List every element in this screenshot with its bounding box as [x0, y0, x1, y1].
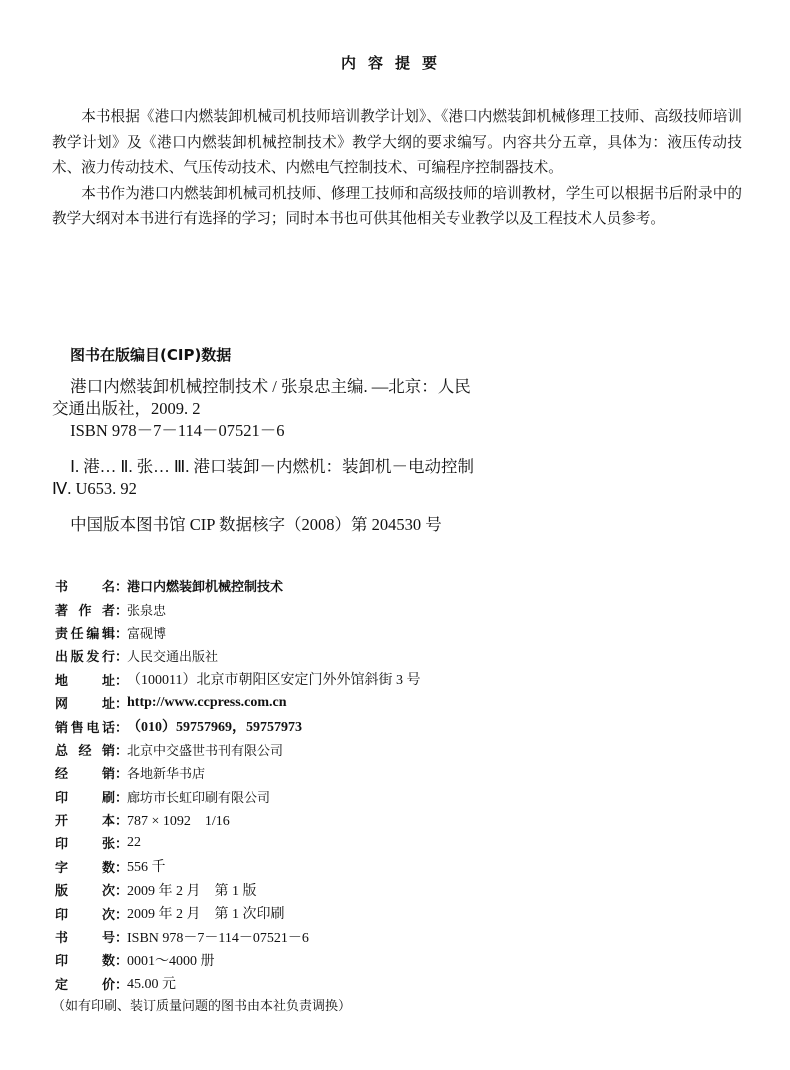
publication-info: 书名：港口内燃装卸机械控制技术著作者：张泉忠责任编辑：富砚博出版发行：人民交通出… [55, 574, 420, 995]
cip-title: 图书在版编目(CIP)数据 [70, 344, 231, 365]
info-colon: ： [115, 763, 127, 782]
info-label: 著作者 [55, 600, 115, 619]
info-colon: ： [115, 904, 127, 923]
replacement-note: （如有印刷、装订质量问题的图书由本社负责调换） [52, 995, 351, 1014]
info-row: 版次：2009 年 2 月 第 1 版 [55, 878, 420, 901]
info-label: 版次 [55, 880, 115, 899]
info-row: 印次：2009 年 2 月 第 1 次印刷 [55, 901, 420, 924]
info-row: 定价：45.00 元 [55, 972, 420, 995]
info-colon: ： [115, 670, 127, 689]
info-value: 人民交通出版社 [127, 646, 218, 665]
info-value: 22 [127, 835, 141, 851]
info-row: 总经销：北京中交盛世书刊有限公司 [55, 738, 420, 761]
info-colon: ： [115, 927, 127, 946]
info-label: 经销 [55, 763, 115, 782]
info-value: 廊坊市长虹印刷有限公司 [127, 787, 270, 806]
info-value: 各地新华书店 [127, 763, 205, 782]
info-label: 印张 [55, 833, 115, 852]
info-row: 著作者：张泉忠 [55, 597, 420, 620]
info-colon: ： [115, 576, 127, 595]
page-heading: 内容提要 [0, 52, 790, 73]
info-row: 字数：556 千 [55, 855, 420, 878]
info-colon: ： [115, 974, 127, 993]
cip-record: 港口内燃装卸机械控制技术 / 张泉忠主编. —北京：人民交通出版社，2009. … [52, 376, 482, 442]
info-row: 印刷：廊坊市长虹印刷有限公司 [55, 785, 420, 808]
cip-classification-text: Ⅰ. 港… Ⅱ. 张… Ⅲ. 港口装卸－内燃机：装卸机－电动控制 Ⅳ. U653… [52, 456, 482, 500]
cip-record-text: 港口内燃装卸机械控制技术 / 张泉忠主编. —北京：人民交通出版社，2009. … [52, 376, 482, 420]
info-value: http://www.ccpress.com.cn [127, 695, 287, 711]
info-value: 富砚博 [127, 623, 166, 642]
cip-verification: 中国版本图书馆 CIP 数据核字（2008）第 204530 号 [52, 514, 482, 536]
info-label: 印刷 [55, 787, 115, 806]
info-label: 总经销 [55, 740, 115, 759]
info-colon: ： [115, 787, 127, 806]
info-row: 地址：（100011）北京市朝阳区安定门外外馆斜街 3 号 [55, 668, 420, 691]
info-label: 开本 [55, 810, 115, 829]
info-label: 销售电话 [55, 717, 115, 736]
info-row: 开本：787 × 1092 1/16 [55, 808, 420, 831]
info-label: 网址 [55, 693, 115, 712]
info-value: 787 × 1092 1/16 [127, 810, 230, 830]
info-value: 0001～4000 册 [127, 950, 215, 970]
info-label: 责任编辑 [55, 623, 115, 642]
cip-verification-text: 中国版本图书馆 CIP 数据核字（2008）第 204530 号 [52, 514, 482, 536]
info-row: 印数：0001～4000 册 [55, 948, 420, 971]
info-label: 出版发行 [55, 646, 115, 665]
info-colon: ： [115, 950, 127, 969]
info-colon: ： [115, 623, 127, 642]
info-label: 印数 [55, 950, 115, 969]
info-label: 书名 [55, 576, 115, 595]
cip-isbn: ISBN 978－7－114－07521－6 [52, 420, 482, 442]
info-label: 字数 [55, 857, 115, 876]
info-row: 书号：ISBN 978－7－114－07521－6 [55, 925, 420, 948]
abstract: 本书根据《港口内燃装卸机械司机技师培训教学计划》、《港口内燃装卸机械修理工技师、… [52, 104, 742, 232]
info-row: 印张：22 [55, 831, 420, 854]
info-value: 45.00 元 [127, 973, 176, 993]
info-value: 556 千 [127, 856, 166, 876]
info-value: 2009 年 2 月 第 1 版 [127, 880, 257, 900]
info-row: 经销：各地新华书店 [55, 761, 420, 784]
info-value: （010）59757969，59757973 [127, 716, 302, 736]
info-colon: ： [115, 600, 127, 619]
info-row: 责任编辑：富砚博 [55, 621, 420, 644]
info-colon: ： [115, 717, 127, 736]
info-value: 张泉忠 [127, 600, 166, 619]
info-value: ISBN 978－7－114－07521－6 [127, 927, 309, 947]
info-value: （100011）北京市朝阳区安定门外外馆斜街 3 号 [127, 669, 420, 689]
info-row: 网址：http://www.ccpress.com.cn [55, 691, 420, 714]
abstract-paragraph: 本书作为港口内燃装卸机械司机技师、修理工技师和高级技师的培训教材，学生可以根据书… [52, 181, 742, 232]
cip-classification: Ⅰ. 港… Ⅱ. 张… Ⅲ. 港口装卸－内燃机：装卸机－电动控制 Ⅳ. U653… [52, 456, 482, 500]
info-colon: ： [115, 646, 127, 665]
info-value: 港口内燃装卸机械控制技术 [127, 576, 283, 595]
info-colon: ： [115, 880, 127, 899]
info-colon: ： [115, 857, 127, 876]
info-row: 销售电话：（010）59757969，59757973 [55, 714, 420, 737]
info-colon: ： [115, 833, 127, 852]
info-colon: ： [115, 810, 127, 829]
info-row: 书名：港口内燃装卸机械控制技术 [55, 574, 420, 597]
info-label: 定价 [55, 974, 115, 993]
info-row: 出版发行：人民交通出版社 [55, 644, 420, 667]
info-value: 北京中交盛世书刊有限公司 [127, 740, 283, 759]
info-label: 地址 [55, 670, 115, 689]
info-value: 2009 年 2 月 第 1 次印刷 [127, 903, 285, 923]
info-label: 书号 [55, 927, 115, 946]
info-label: 印次 [55, 904, 115, 923]
abstract-paragraph: 本书根据《港口内燃装卸机械司机技师培训教学计划》、《港口内燃装卸机械修理工技师、… [52, 104, 742, 181]
info-colon: ： [115, 740, 127, 759]
info-colon: ： [115, 693, 127, 712]
